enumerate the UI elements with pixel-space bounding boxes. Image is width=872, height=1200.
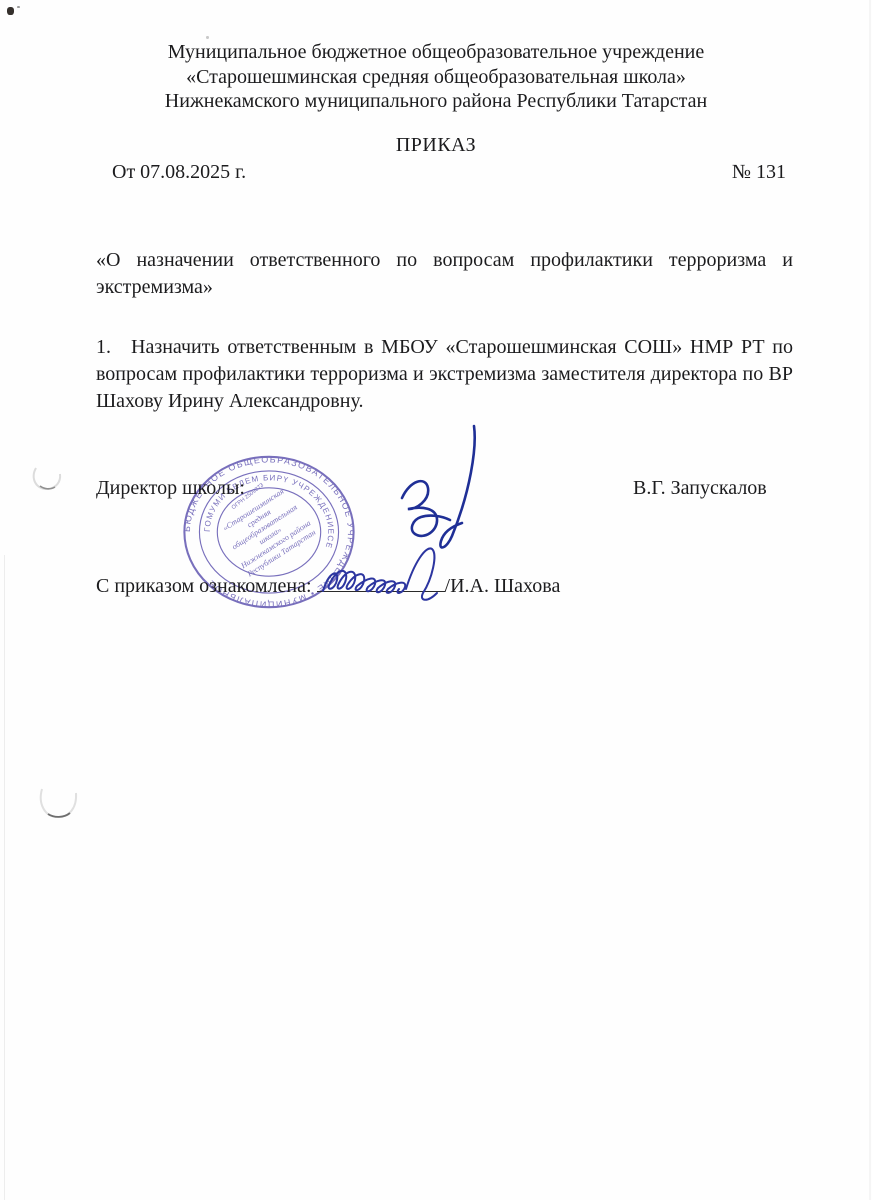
scanned-order-document: Муниципальное бюджетное общеобразователь… — [0, 0, 872, 1200]
acknowledgment-label: С приказом ознакомлена: — [96, 575, 312, 597]
director-handwritten-signature — [386, 420, 498, 556]
scan-speck — [206, 36, 209, 39]
order-title: ПРИКАЗ — [0, 134, 872, 157]
order-subject: «О назначении ответственного по вопросам… — [96, 247, 793, 301]
order-item-1: 1.Назначить ответственным в МБОУ «Старош… — [96, 334, 793, 415]
letterhead-line-1: Муниципальное бюджетное общеобразователь… — [66, 40, 806, 65]
scan-speck — [17, 6, 20, 8]
scan-speck — [7, 7, 14, 15]
letterhead-line-2: «Старошешминская средняя общеобразовател… — [66, 65, 806, 90]
order-date: От 07.08.2025 г. — [112, 161, 246, 184]
director-name: В.Г. Запускалов — [633, 477, 767, 500]
scan-edge-line — [869, 0, 871, 1200]
acknowledgment-handwritten-signature — [320, 541, 472, 605]
scan-edge-line — [4, 555, 5, 1200]
item-number: 1. — [96, 334, 111, 361]
order-number: № 131 — [732, 161, 786, 184]
punch-hole-shadow — [28, 458, 72, 498]
item-text: Назначить ответственным в МБОУ «Старошеш… — [96, 336, 793, 412]
letterhead-line-3: Нижнекамского муниципального района Респ… — [66, 89, 806, 114]
punch-hole-shadow — [36, 785, 82, 827]
letterhead: Муниципальное бюджетное общеобразователь… — [66, 40, 806, 114]
